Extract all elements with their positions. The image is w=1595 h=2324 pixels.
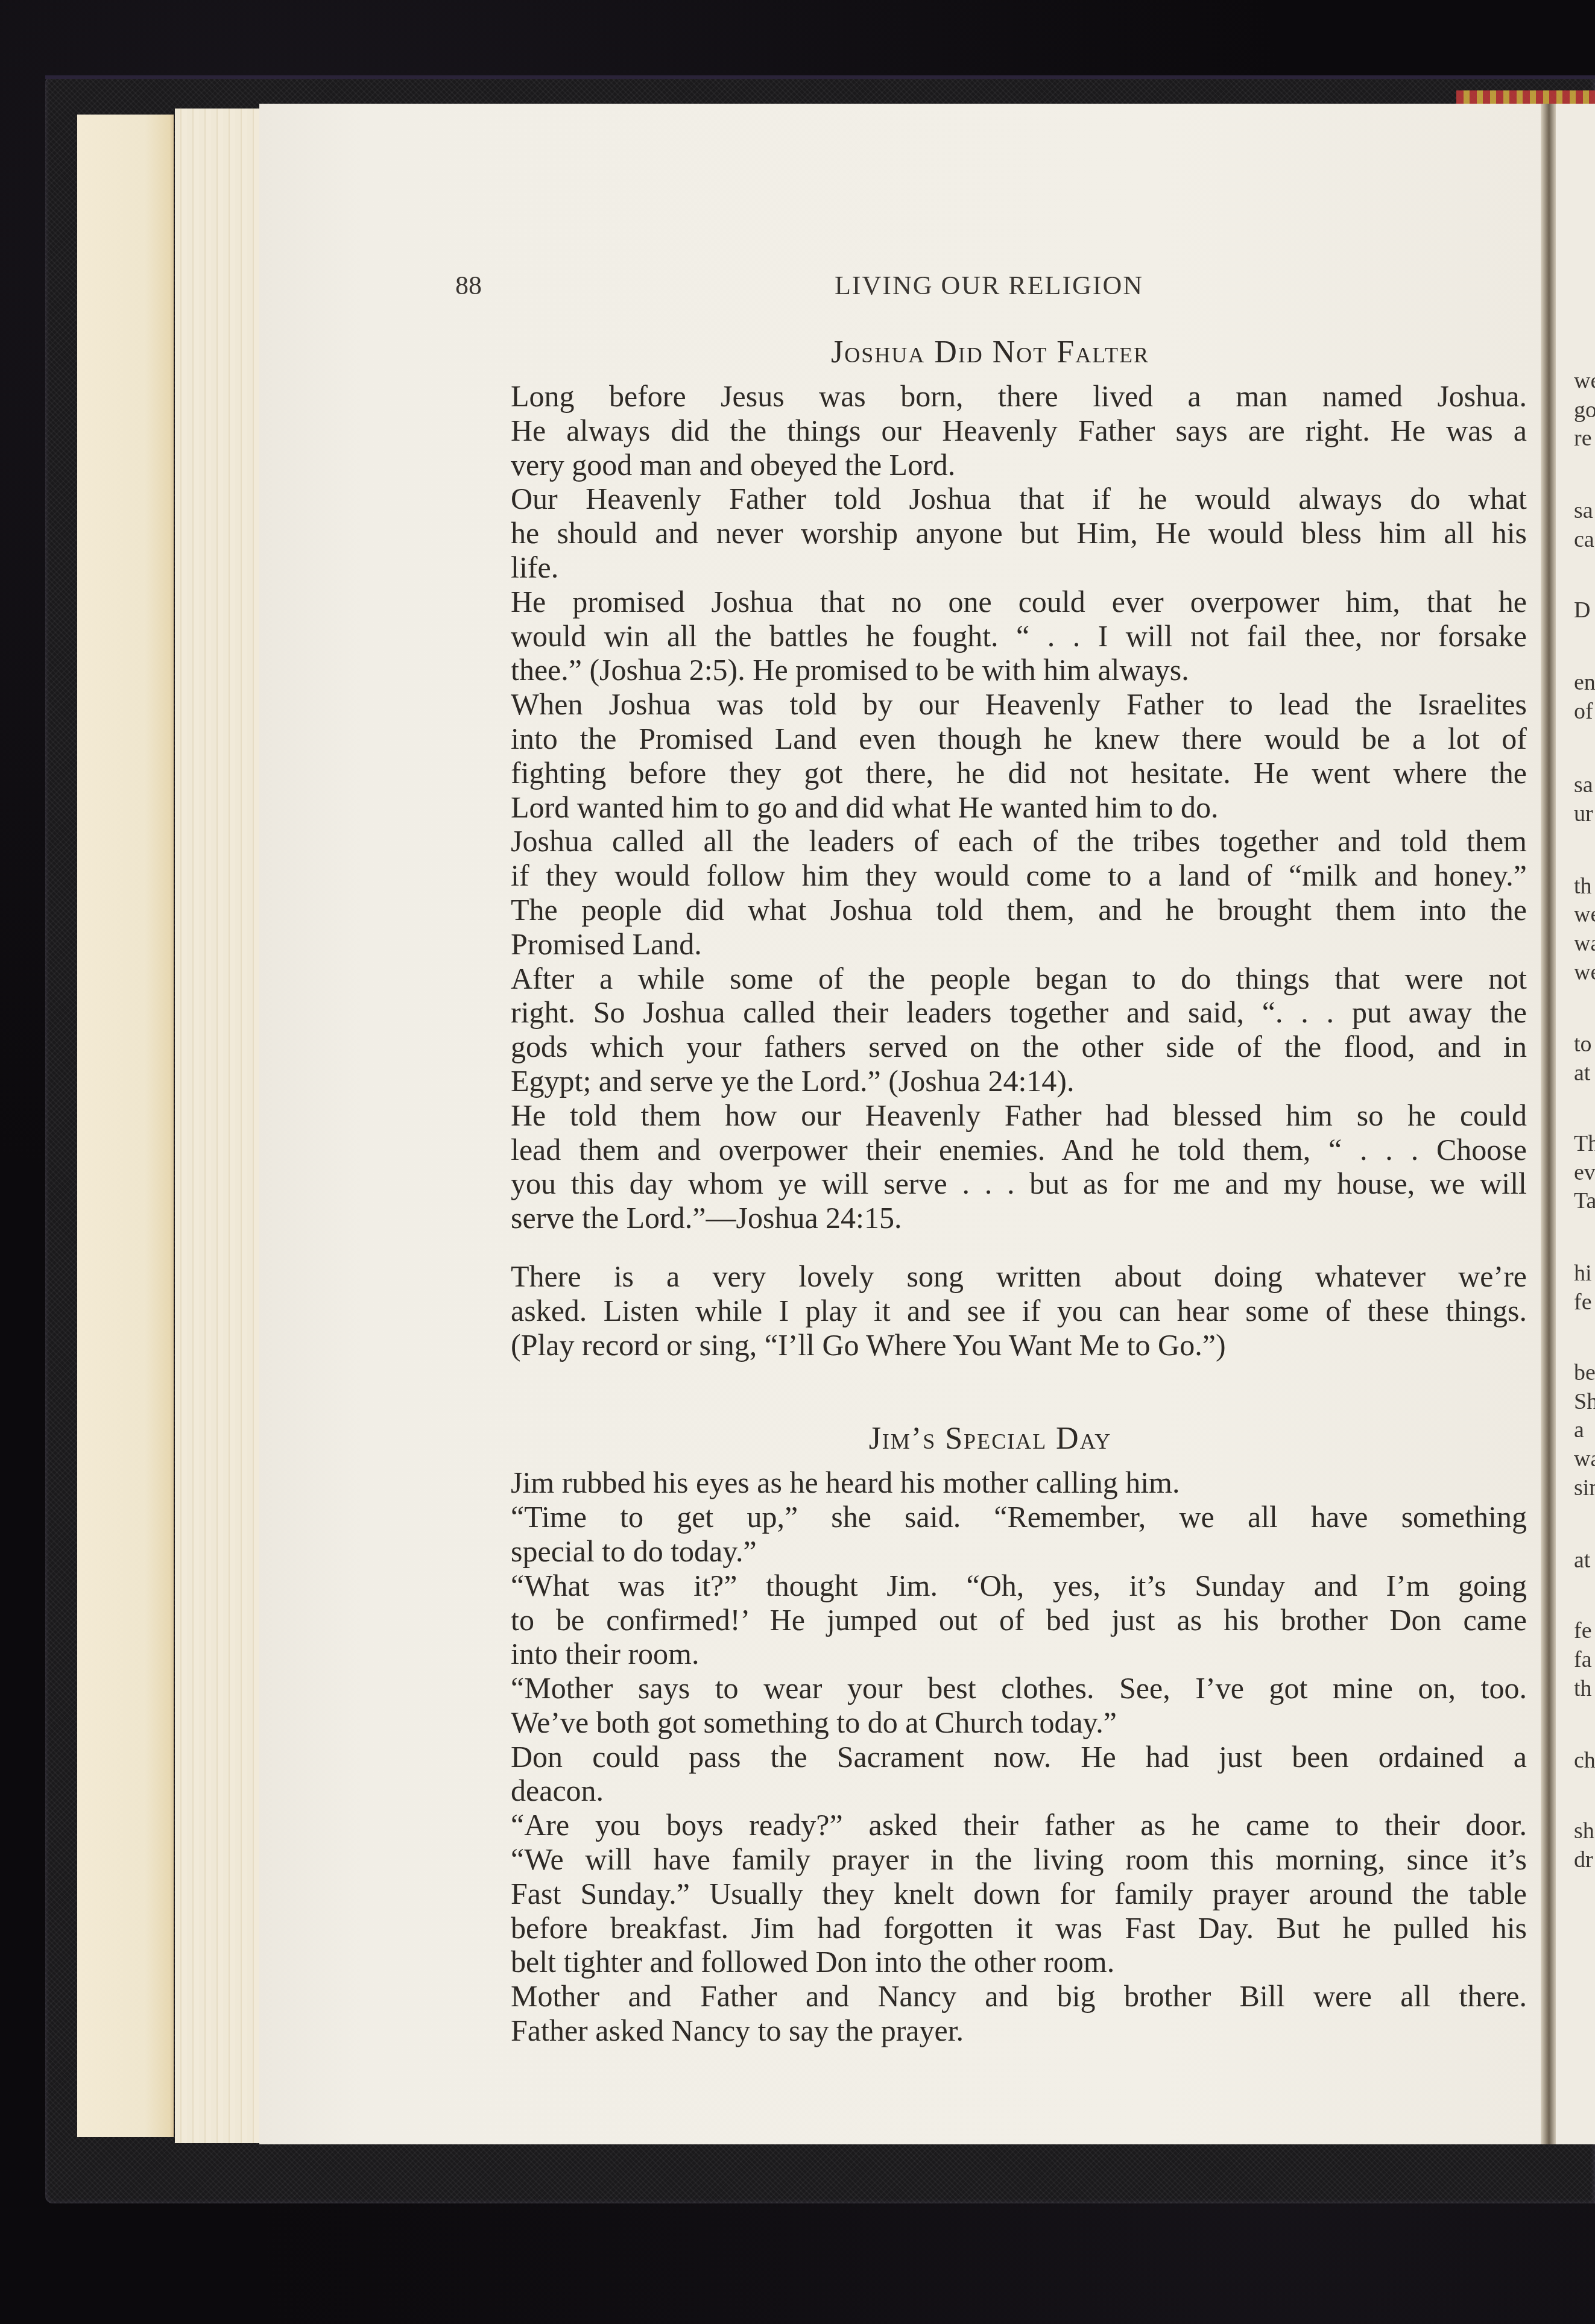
paragraph: There is a very lovely song written abou… [453,1259,1527,1362]
section-song-note: There is a very lovely song written abou… [453,1259,1527,1362]
text-line: Egypt; and serve ye the Lord.” (Joshua 2… [453,1064,1527,1098]
facing-page-fragment: at [1574,1547,1590,1573]
paragraph: “What was it?” thought Jim. “Oh, yes, it… [453,1569,1527,1671]
text-line: The people did what Joshua told them, an… [453,893,1527,927]
text-line: Our Heavenly Father told Joshua that if … [453,482,1527,516]
text-line: Jim rubbed his eyes as he heard his moth… [453,1466,1527,1500]
facing-page-fragment: Sh [1574,1388,1595,1415]
text-line: right. So Joshua called their leaders to… [453,995,1527,1030]
text-line: He told them how our Heavenly Father had… [453,1098,1527,1133]
text-line: gods which your fathers served on the ot… [453,1030,1527,1064]
text-line: lead them and overpower their enemies. A… [453,1133,1527,1167]
facing-page-fragment: fe [1574,1617,1592,1644]
text-line: We’ve both got something to do at Church… [453,1705,1527,1740]
running-title: LIVING OUR RELIGION [455,270,1523,301]
facing-page-fragment: we [1574,901,1595,928]
page-edge-stack [77,115,174,2137]
text-line: “We will have family prayer in the livin… [453,1842,1527,1877]
text-line: “Time to get up,” she said. “Remember, w… [453,1500,1527,1534]
text-line: “What was it?” thought Jim. “Oh, yes, it… [453,1569,1527,1603]
text-line: He always did the things our Heavenly Fa… [453,414,1527,448]
text-line: into the Promised Land even though he kn… [453,722,1527,756]
facing-page-fragment: re [1574,425,1592,452]
text-line: you this day whom ye will serve . . . bu… [453,1167,1527,1201]
facing-page-fragment: to [1574,1031,1592,1057]
text-line: “Mother says to wear your best clothes. … [453,1671,1527,1705]
facing-page-fragment: wa [1574,1446,1595,1472]
facing-page-fragment: go [1574,397,1595,423]
text-line: Promised Land. [453,927,1527,962]
text-line: if they would follow him they would come… [453,858,1527,893]
paragraph: After a while some of the people began t… [453,962,1527,1098]
text-line: special to do today.” [453,1534,1527,1569]
text-line: Fast Sunday.” Usually they knelt down fo… [453,1877,1527,1911]
text-line: before breakfast. Jim had forgotten it w… [453,1911,1527,1945]
text-line: Mother and Father and Nancy and big brot… [453,1979,1527,2014]
facing-page-fragment: sa [1574,772,1593,798]
running-head: 88 LIVING OUR RELIGION [455,270,1523,306]
paragraph: Our Heavenly Father told Joshua that if … [453,482,1527,584]
text-line: he should and never worship anyone but H… [453,516,1527,550]
facing-page-fragment: sa [1574,497,1593,524]
paragraph: “Mother says to wear your best clothes. … [453,1671,1527,1740]
paragraph: When Joshua was told by our Heavenly Fat… [453,687,1527,824]
facing-page-fragment: th [1574,873,1592,899]
facing-page-fragment: Th [1574,1130,1595,1157]
section-joshua: Long before Jesus was born, there lived … [453,379,1527,1235]
text-line: Father asked Nancy to say the prayer. [453,2014,1527,2048]
paragraph: Long before Jesus was born, there lived … [453,379,1527,482]
text-line: very good man and obeyed the Lord. [453,448,1527,482]
facing-page-fragment: a [1574,1417,1584,1443]
text-line: Long before Jesus was born, there lived … [453,379,1527,414]
paragraph: Joshua called all the leaders of each of… [453,824,1527,961]
facing-page-fragment: th [1574,1675,1592,1702]
paragraph: “Are you boys ready?” asked their father… [453,1808,1527,1979]
text-line: to be confirmed!’ He jumped out of bed j… [453,1603,1527,1637]
paragraph: He promised Joshua that no one could eve… [453,585,1527,687]
text-line: Don could pass the Sacrament now. He had… [453,1740,1527,1774]
facing-page-fragment: fe [1574,1289,1592,1315]
paragraph: Mother and Father and Nancy and big brot… [453,1979,1527,2048]
facing-page-fragment: wa [1574,930,1595,957]
text-line: serve the Lord.”—Joshua 24:15. [453,1201,1527,1235]
text-line: thee.” (Joshua 2:5). He promised to be w… [453,653,1527,687]
facing-page-fragment: hi [1574,1260,1592,1286]
facing-page-fragment: fa [1574,1646,1592,1673]
text-line: “Are you boys ready?” asked their father… [453,1808,1527,1842]
text-line: would win all the battles he fought. “ .… [453,619,1527,653]
section-jims-special-day: Jim rubbed his eyes as he heard his moth… [453,1466,1527,2048]
facing-page-fragment: sh [1574,1818,1594,1844]
text-line: When Joshua was told by our Heavenly Fat… [453,687,1527,722]
text-line: asked. Listen while I play it and see if… [453,1294,1527,1328]
facing-page-fragment: D [1574,597,1590,623]
section-title: Joshua Did Not Falter [453,335,1527,371]
page-body: Joshua Did Not Falter Long before Jesus … [453,335,1527,2048]
paragraph: Don could pass the Sacrament now. He had… [453,1740,1527,1809]
paragraph: He told them how our Heavenly Father had… [453,1098,1527,1235]
paragraph: Jim rubbed his eyes as he heard his moth… [453,1466,1527,1500]
text-line: life. [453,550,1527,585]
cover-edge [45,75,1595,79]
facing-page-fragment: we [1574,368,1595,394]
facing-page-fragment: of [1574,698,1593,725]
facing-page-fragment: sin [1574,1475,1595,1501]
facing-page-fragment: ev [1574,1159,1595,1186]
text-line: (Play record or sing, “I’ll Go Where You… [453,1328,1527,1362]
facing-page-fragment: en [1574,669,1595,696]
facing-page-fragment: ca [1574,526,1594,553]
headband [1456,90,1595,104]
facing-page-fragment: we [1574,959,1595,986]
facing-page-fragment: Ta [1574,1188,1595,1214]
facing-page-fragment: ch [1574,1747,1595,1774]
text-line: Joshua called all the leaders of each of… [453,824,1527,858]
paragraph: “Time to get up,” she said. “Remember, w… [453,1500,1527,1569]
text-line: He promised Joshua that no one could eve… [453,585,1527,619]
text-line: Lord wanted him to go and did what He wa… [453,790,1527,825]
section-title: Jim’s Special Day [453,1421,1527,1457]
text-line: After a while some of the people began t… [453,962,1527,996]
book-gutter [1541,104,1556,2144]
text-line: There is a very lovely song written abou… [453,1259,1527,1294]
facing-page-fragment: at [1574,1060,1590,1086]
text-line: fighting before they got there, he did n… [453,756,1527,790]
text-line: into their room. [453,1637,1527,1671]
text-line: belt tighter and followed Don into the o… [453,1945,1527,1979]
page-edge-stack-inner [175,109,259,2143]
text-line: deacon. [453,1774,1527,1808]
facing-page-fragment: dr [1574,1847,1593,1873]
facing-page-fragment: be [1574,1359,1595,1386]
facing-page-fragment: ur [1574,801,1593,827]
